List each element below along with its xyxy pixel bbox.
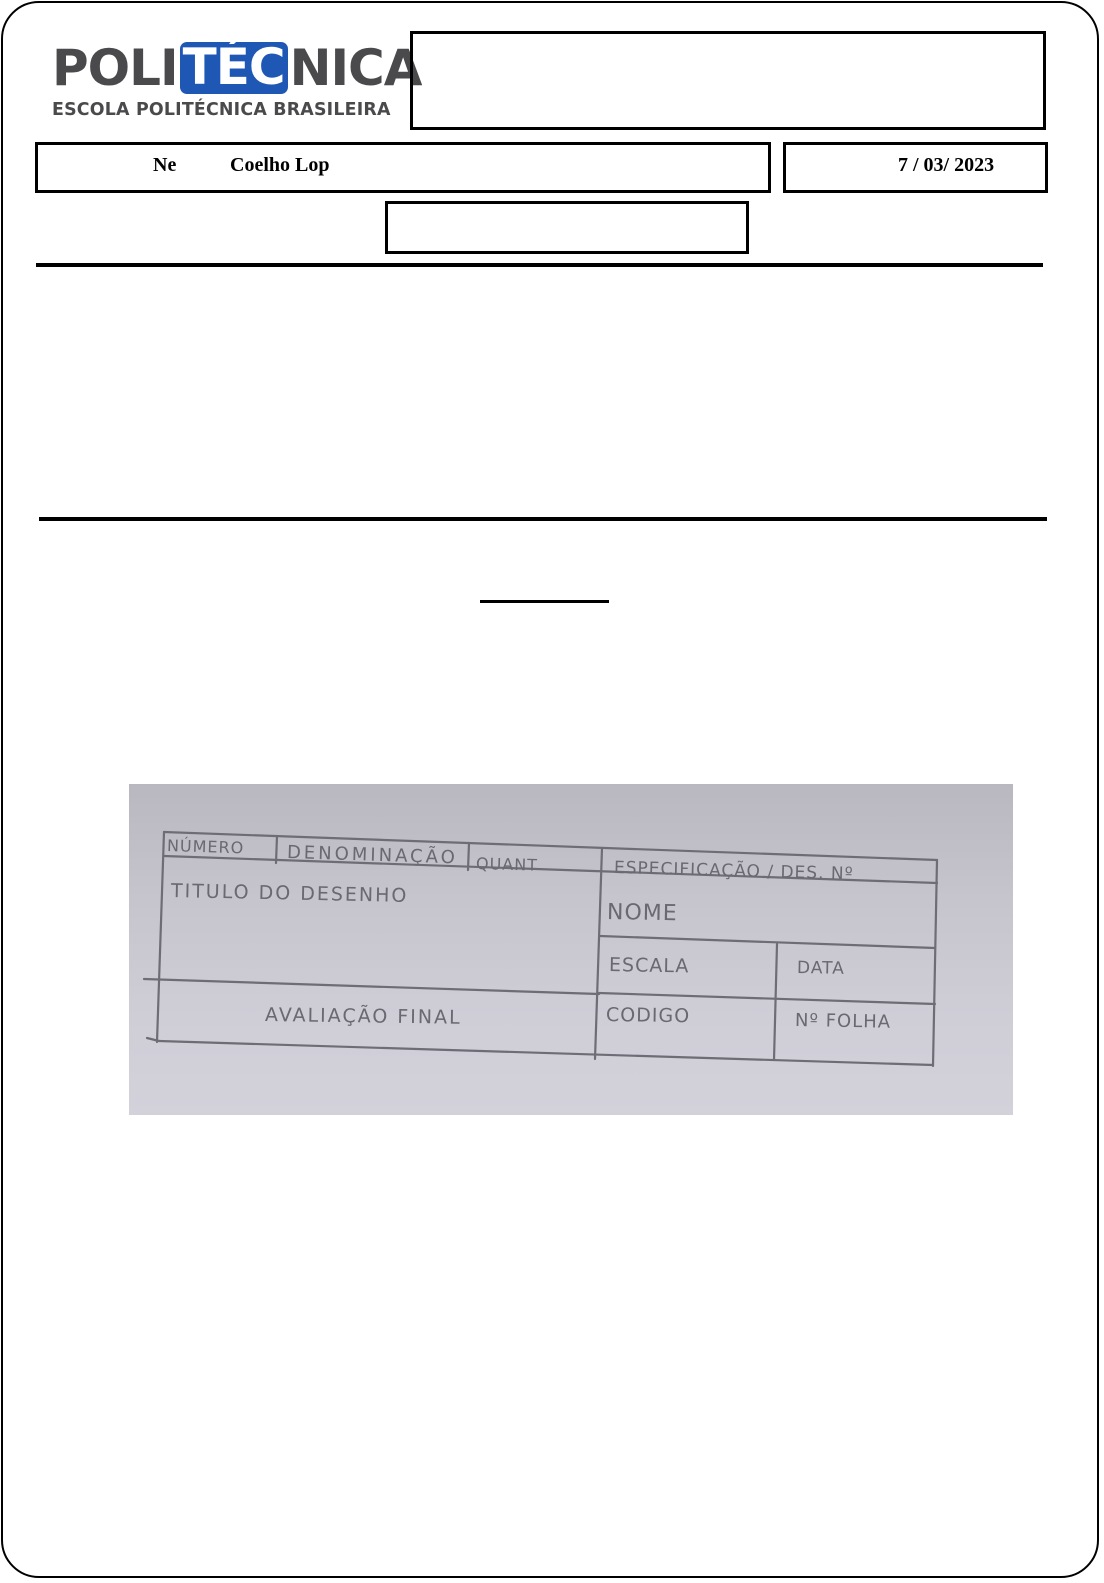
cell-numero: NÚMERO	[167, 836, 245, 857]
cell-quant: QUANT	[476, 854, 538, 875]
subtitle-field[interactable]	[385, 201, 749, 254]
heading-underline	[480, 600, 609, 603]
title-block-lines	[129, 784, 1013, 1115]
student-name-field[interactable]: Ne Coelho Lop	[35, 142, 771, 193]
student-first-name: Ne	[153, 154, 176, 177]
title-field[interactable]	[410, 31, 1046, 130]
cell-nome: NOME	[607, 900, 678, 926]
title-block-photo: NÚMERO DENOMINAÇÃO QUANT ESPECIFICAÇÃO /…	[129, 784, 1013, 1115]
logo-wordmark: POLITÉCNICA	[52, 42, 421, 94]
date-value: 7 / 03/ 2023	[898, 154, 994, 177]
student-last-name: Coelho Lop	[230, 154, 329, 177]
date-field[interactable]: 7 / 03/ 2023	[783, 142, 1048, 193]
divider-top	[36, 263, 1043, 267]
logo-prefix: POLI	[52, 42, 178, 94]
divider-middle	[39, 517, 1047, 521]
logo-highlight: TÉC	[180, 42, 288, 94]
cell-escala: ESCALA	[609, 954, 690, 977]
logo-subtitle: ESCOLA POLITÉCNICA BRASILEIRA	[52, 100, 391, 120]
cell-codigo: CODIGO	[606, 1004, 690, 1027]
school-logo: POLITÉCNICA ESCOLA POLITÉCNICA BRASILEIR…	[52, 42, 397, 124]
cell-folha: Nº FOLHA	[795, 1010, 891, 1033]
cell-data: DATA	[797, 958, 845, 979]
logo-suffix: NICA	[290, 42, 422, 94]
cell-avaliacao: AVALIAÇÃO FINAL	[265, 1004, 462, 1029]
